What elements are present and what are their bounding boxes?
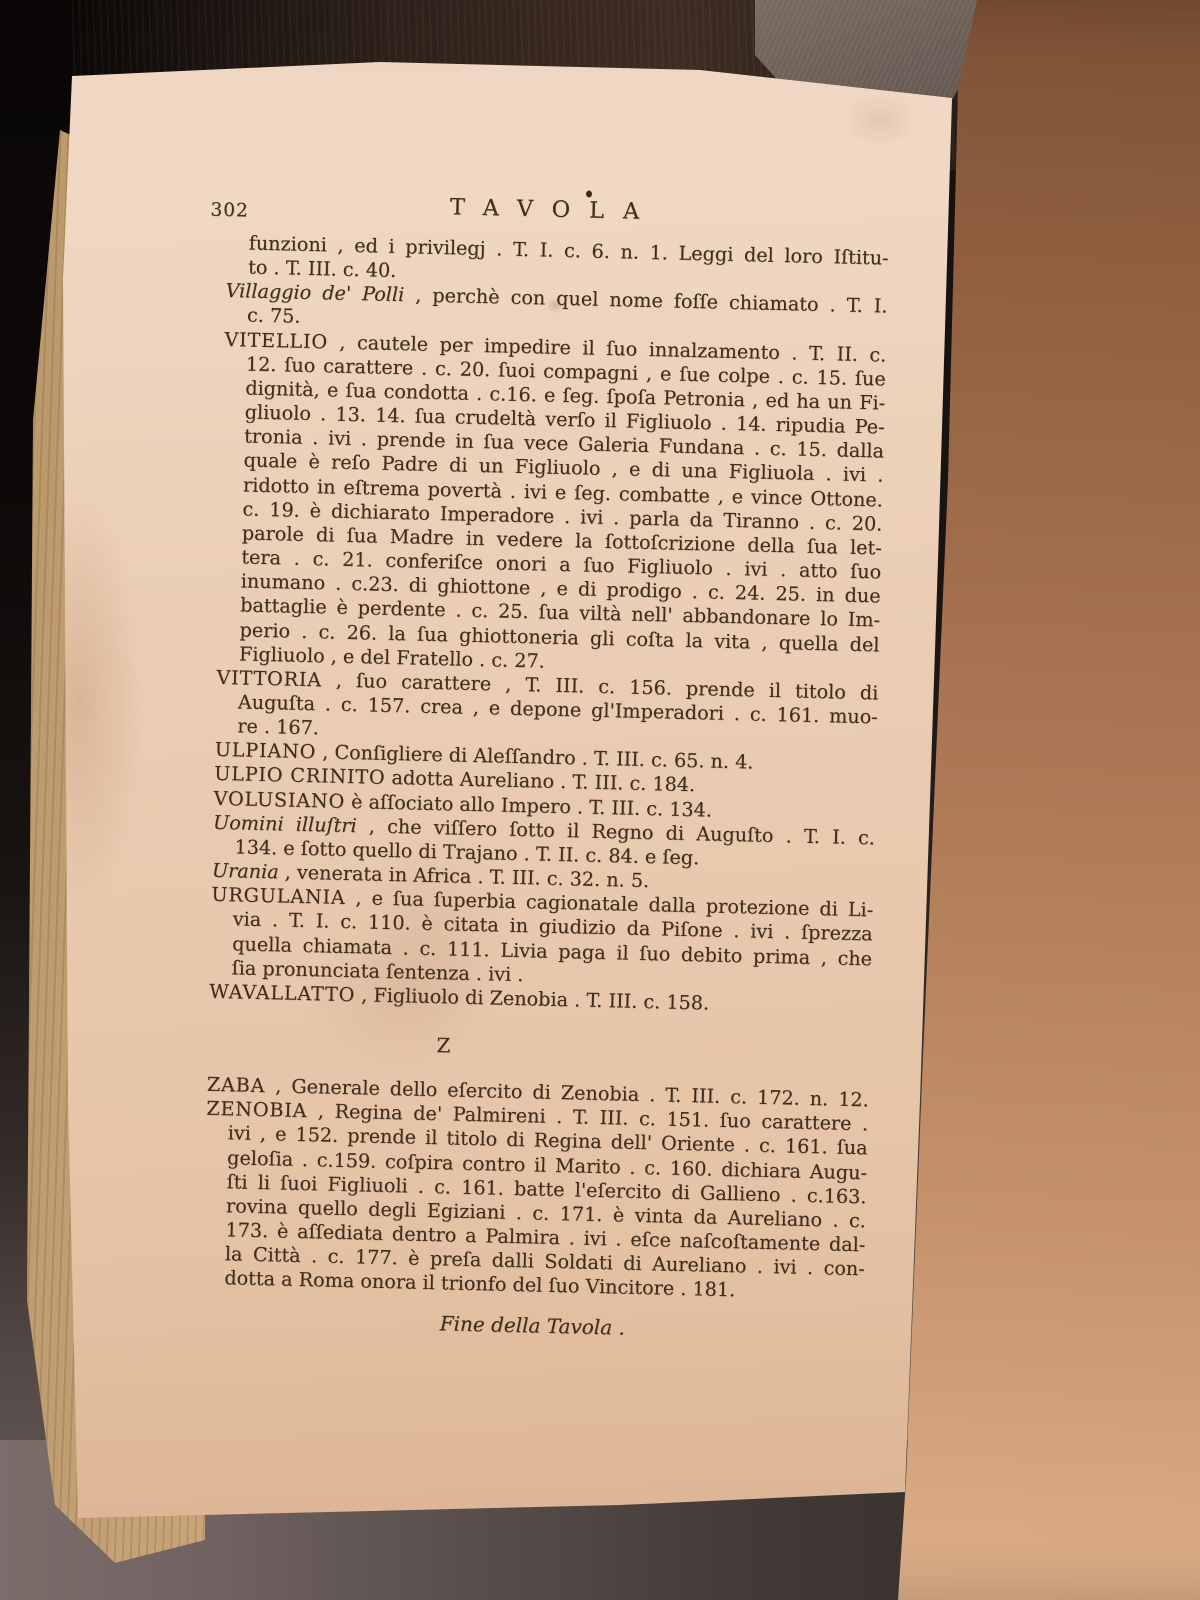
- entry-headword-italic: Uomini illuſtri: [213, 811, 357, 837]
- entry-text: c. 75.: [247, 304, 301, 328]
- entry-headword: WAVALLATTO: [209, 980, 356, 1006]
- entry-headword: URGULANIA: [211, 883, 346, 909]
- index-lines: funzioni , ed i privilegj . T. I. c. 6. …: [201, 231, 889, 1345]
- entry-headword: VOLUSIANO: [213, 786, 345, 812]
- entry-headword: Z: [436, 1033, 451, 1057]
- entry-headword: VITTORIA: [216, 666, 322, 691]
- entry-headword: ULPIANO: [215, 738, 317, 763]
- section-letter-line: Z: [208, 1028, 870, 1068]
- entry-text: re . 167.: [237, 714, 319, 739]
- entry-headword: VITELLIO: [224, 328, 328, 353]
- entry-headword-italic: Urania: [212, 859, 279, 884]
- entry-headword: ULPIO CRINITO: [214, 762, 386, 789]
- entry-headword-italic: Fine della Tavola .: [440, 1311, 626, 1339]
- page-text-block: 302 TAVOLA funzioni , ed i privilegj . T…: [201, 190, 890, 1345]
- entry-text: to . T. III. c. 40.: [248, 256, 397, 282]
- entry-headword: ZENOBIA: [206, 1097, 308, 1122]
- entry-headword-italic: Villaggio de' Polli: [225, 279, 404, 306]
- entry-headword: ZABA: [207, 1073, 266, 1097]
- book-photo-scene: 302 TAVOLA funzioni , ed i privilegj . T…: [0, 0, 1200, 1600]
